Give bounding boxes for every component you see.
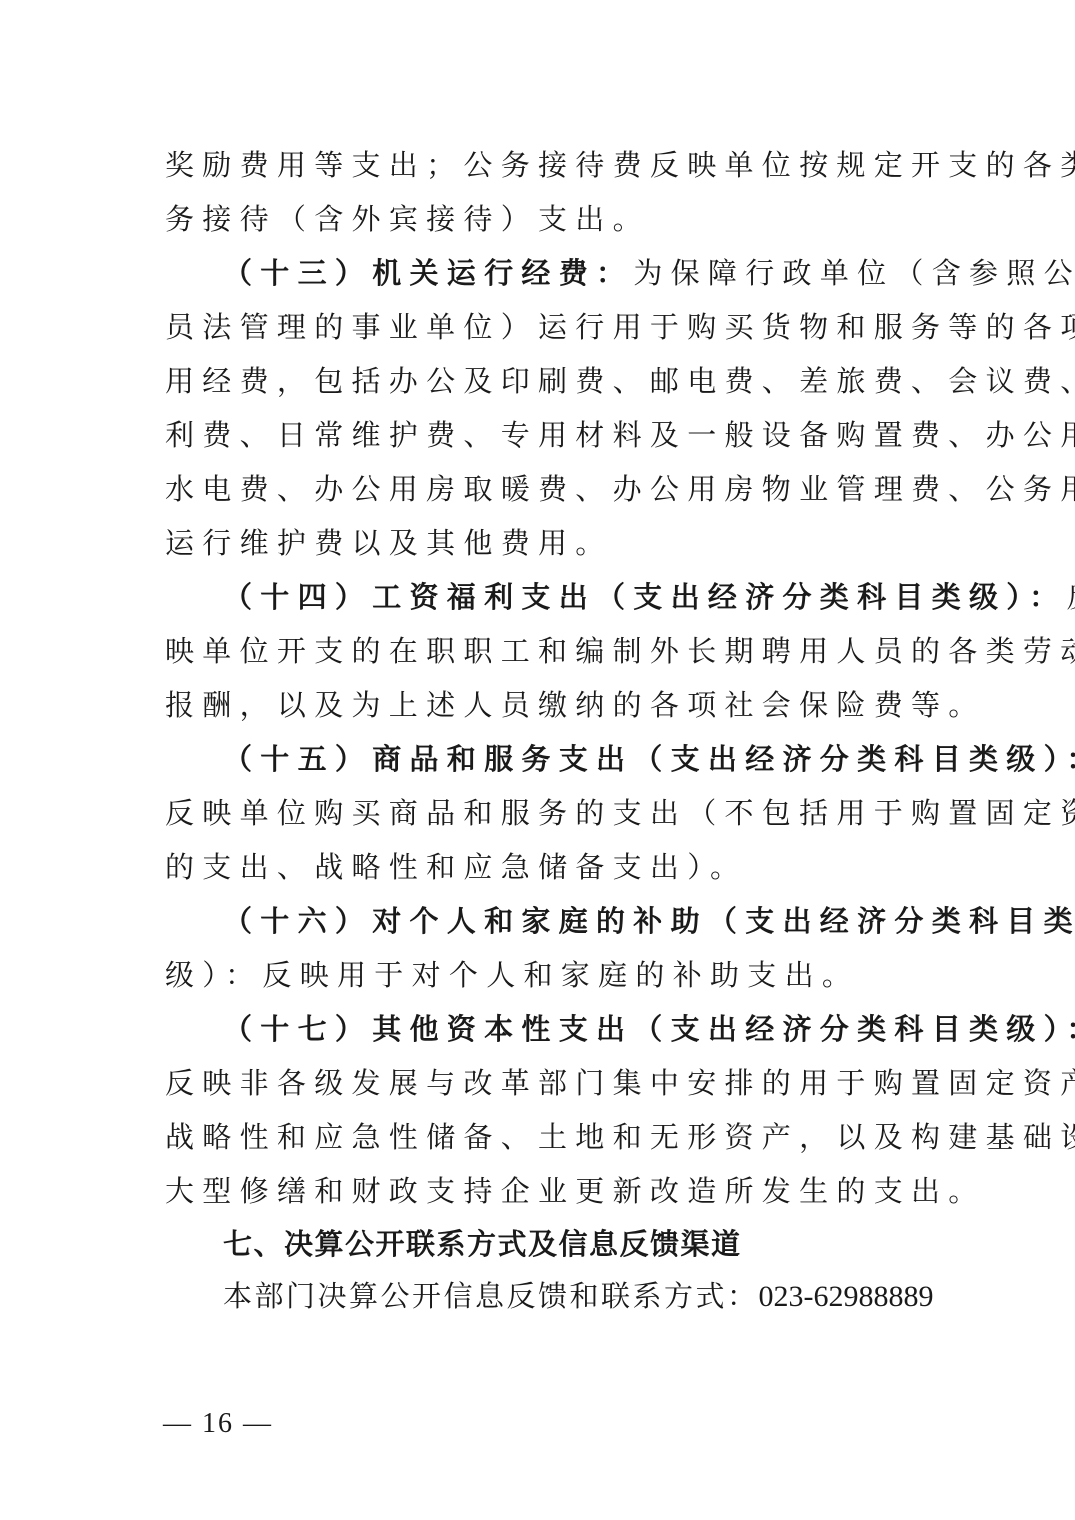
paragraph-16-title: （十六）对个人和家庭的补助（支出经济分类科目类 — [223, 904, 1075, 938]
paragraph-15-title: （十五）商品和服务支出（支出经济分类科目类级）： — [223, 742, 1075, 776]
text-line: 的支出、战略性和应急储备支出）。 — [165, 840, 915, 894]
document-page: 奖励费用等支出；公务接待费反映单位按规定开支的各类公 务接待（含外宾接待）支出。… — [165, 138, 915, 1322]
text-line: 用经费，包括办公及印刷费、邮电费、差旅费、会议费、福 — [165, 354, 915, 408]
paragraph-14-first-line: （十四）工资福利支出（支出经济分类科目类级）：反 — [165, 570, 915, 624]
section-heading: 七、决算公开联系方式及信息反馈渠道 — [165, 1218, 915, 1270]
contact-phone: 023-62988889 — [759, 1280, 934, 1313]
paragraph-17-first-line: （十七）其他资本性支出（支出经济分类科目类级）： — [165, 1002, 915, 1056]
paragraph-13-title: （十三）机关运行经费： — [223, 256, 633, 290]
text-line: 反映非各级发展与改革部门集中安排的用于购置固定资产、 — [165, 1056, 915, 1110]
text-line: 奖励费用等支出；公务接待费反映单位按规定开支的各类公 — [165, 138, 915, 192]
text-run: 为保障行政单位（含参照公务 — [633, 256, 1075, 290]
page-number: — 16 — — [163, 1408, 273, 1440]
text-line: 利费、日常维护费、专用材料及一般设备购置费、办公用房 — [165, 408, 915, 462]
text-line: 战略性和应急性储备、土地和无形资产，以及构建基础设施、 — [165, 1110, 915, 1164]
paragraph-15-first-line: （十五）商品和服务支出（支出经济分类科目类级）： — [165, 732, 915, 786]
paragraph-17-title: （十七）其他资本性支出（支出经济分类科目类级）： — [223, 1012, 1075, 1046]
text-line: 反映单位购买商品和服务的支出（不包括用于购置固定资产 — [165, 786, 915, 840]
text-line: 级）：反映用于对个人和家庭的补助支出。 — [165, 948, 915, 1002]
text-line: 员法管理的事业单位）运行用于购买货物和服务等的各项公 — [165, 300, 915, 354]
paragraph-14-title: （十四）工资福利支出（支出经济分类科目类级）： — [223, 580, 1066, 614]
text-line: 水电费、办公用房取暖费、办公用房物业管理费、公务用车 — [165, 462, 915, 516]
paragraph-16-first-line: （十六）对个人和家庭的补助（支出经济分类科目类 — [165, 894, 915, 948]
contact-line: 本部门决算公开信息反馈和联系方式：023-62988889 — [165, 1270, 915, 1322]
text-line: 大型修缮和财政支持企业更新改造所发生的支出。 — [165, 1164, 915, 1218]
contact-label: 本部门决算公开信息反馈和联系方式： — [223, 1279, 759, 1313]
text-line: 映单位开支的在职职工和编制外长期聘用人员的各类劳动 — [165, 624, 915, 678]
paragraph-13-first-line: （十三）机关运行经费：为保障行政单位（含参照公务 — [165, 246, 915, 300]
text-run: 反 — [1066, 580, 1075, 614]
text-line: 运行维护费以及其他费用。 — [165, 516, 915, 570]
text-line: 务接待（含外宾接待）支出。 — [165, 192, 915, 246]
text-line: 报酬，以及为上述人员缴纳的各项社会保险费等。 — [165, 678, 915, 732]
